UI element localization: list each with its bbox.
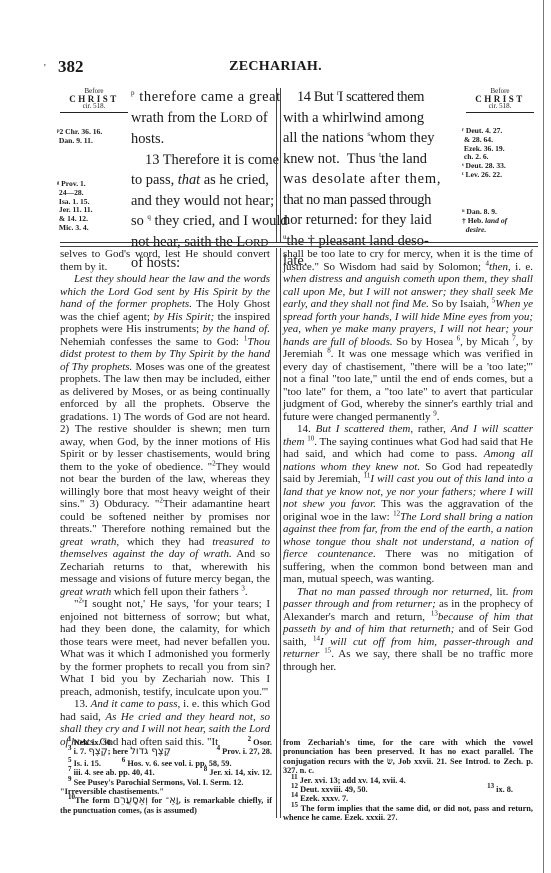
commentary-paragraph: 14. But I scattered them, rather, And I …: [283, 423, 533, 586]
verse-line: 14 But rI scattered them: [283, 87, 463, 108]
commentary-paragraph: That no man passed through nor returned,…: [283, 586, 533, 674]
margin-note-p: ᵖ2 Chr. 36. 16. Dan. 9. 11.: [57, 128, 127, 146]
circa-label: cir. 518.: [60, 103, 128, 113]
column-divider-top: [276, 88, 281, 243]
margin-note-r: ʳ Deut. 4. 27. & 28. 64. Ezek. 36. 19. c…: [462, 127, 542, 162]
footnote: 9 See Pusey's Parochial Sermons, Vol. I.…: [60, 778, 272, 797]
verse-line: hosts.: [131, 129, 269, 150]
footnote: 14 Ezek. xxxv. 7.: [283, 794, 533, 803]
verse-line: knew not. Thus tthe land: [283, 149, 463, 170]
commentary-paragraph: "2'I sought not,' He says, 'for your tea…: [60, 598, 270, 698]
verse-line: was desolate after them,: [283, 169, 463, 190]
footnotes-left: 1 Neh. ix. 30.2 Osor. 3 i. 7. קֶצֶף; her…: [60, 738, 272, 815]
footnote: from Zechariah's time, for the care with…: [283, 738, 533, 776]
verse-line: to pass, that as he cried,: [131, 170, 269, 191]
verse-line: with a whirlwind among: [283, 108, 463, 129]
margin-note-u: ᵘ Dan. 8. 9.† Heb. land of desire.: [462, 208, 542, 234]
section-divider: [60, 242, 538, 247]
commentary-left-column: selves to God's word, lest He should con…: [60, 248, 270, 748]
margin-note-t: ᵗ Lev. 26. 22.: [462, 171, 542, 180]
footnotes-right: from Zechariah's time, for the care with…: [283, 738, 533, 823]
verse-line: 13 Therefore it is come: [131, 150, 269, 171]
commentary-right-column: shall be too late to cry for mercy, when…: [283, 248, 533, 673]
verse-line: so q they cried, and I would: [131, 211, 269, 232]
footnote: 11 Jer. xvi. 13; add xv. 14, xvii. 4.: [283, 776, 533, 785]
circa-label: cir. 518.: [466, 103, 534, 113]
margin-note-q: ᵍ Prov. 1. 24—28. Isa. 1. 15. Jer. 11. 1…: [57, 180, 127, 233]
commentary-paragraph: Lest they should hear the law and the wo…: [60, 273, 270, 598]
running-title: ZECHARIAH.: [0, 59, 551, 75]
verse-line: nor returned: for they laid: [283, 210, 463, 231]
commentary-paragraph: shall be too late to cry for mercy, when…: [283, 248, 533, 423]
verse-line: wrath from the LORD of: [131, 108, 269, 130]
footnote: 10The form וְאֵסָעֲרֵם for וָאֵ־, is rem…: [60, 796, 272, 815]
verse-line: all the nations swhom they: [283, 128, 463, 149]
page-right-border: [543, 0, 544, 873]
footnote: 3 i. 7. קֶצֶף; here קֶצֶף גדול4 Prov. i.…: [60, 747, 272, 756]
footnote: 7 iii. 4. see ab. pp. 40, 41.8 Jer. xi. …: [60, 768, 272, 777]
footnote: 5 Is. i. 15. 6 Hos. v. 6. see vol. i. pp…: [60, 759, 272, 768]
verse-line: and they would not hear;: [131, 191, 269, 212]
before-christ-label-right: Before CHRIST cir. 518.: [466, 88, 534, 113]
verse-line: p therefore came a great: [131, 87, 269, 108]
before-christ-label-left: Before CHRIST cir. 518.: [60, 88, 128, 113]
footnote: 15 The form implies that the same did, o…: [283, 804, 533, 823]
column-divider-bottom: [276, 248, 281, 818]
verse-line: that no man passed through: [283, 190, 463, 211]
commentary-paragraph: selves to God's word, lest He should con…: [60, 248, 270, 273]
